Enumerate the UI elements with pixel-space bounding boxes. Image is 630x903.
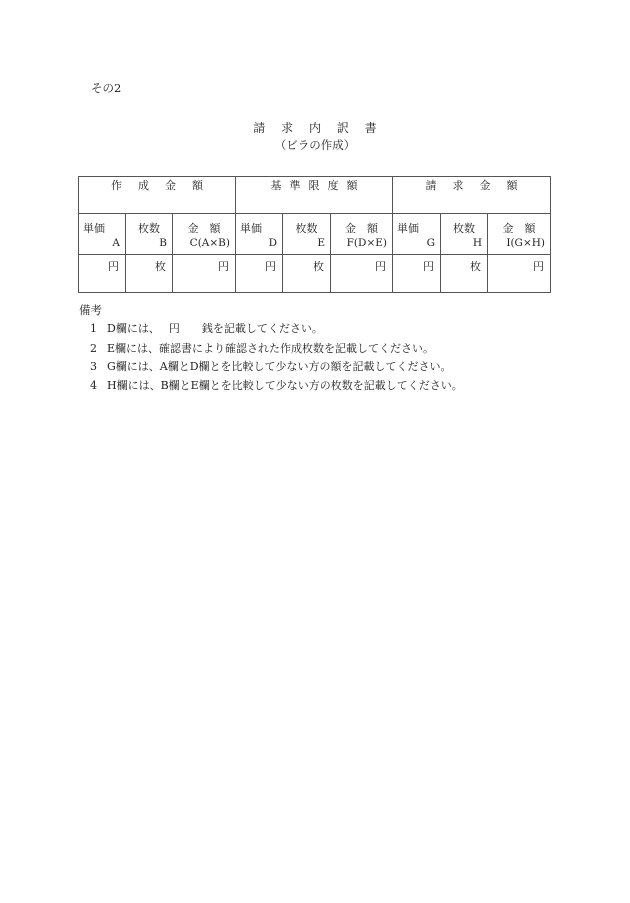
column-header-row: 単価A 枚数B 金 額C(A×B) 単価D 枚数E 金 額F(D×E) 単価G … bbox=[79, 214, 551, 255]
value-cell-c[interactable]: 円 bbox=[173, 255, 236, 293]
group-header-standard-limit: 基準限度額 bbox=[236, 177, 393, 214]
value-cell-h[interactable]: 枚 bbox=[441, 255, 488, 293]
title-char: 訳 bbox=[337, 119, 349, 136]
title-char: 求 bbox=[281, 119, 293, 136]
section-label: その2 bbox=[91, 80, 121, 96]
group-header-row: 作成金額 基準限度額 請求金額 bbox=[79, 177, 551, 214]
note-item: 2E欄には、確認書により確認された作成枚数を記載してください。 bbox=[90, 340, 434, 356]
value-cell-g[interactable]: 円 bbox=[393, 255, 441, 293]
value-cell-d[interactable]: 円 bbox=[236, 255, 283, 293]
title-char: 請 bbox=[253, 119, 265, 136]
notes-heading: 備考 bbox=[79, 302, 102, 318]
col-header-amount-i: 金 額I(G×H) bbox=[488, 214, 551, 255]
note-item: 1D欄には、 円 銭を記載してください。 bbox=[90, 320, 323, 336]
value-row: 円 枚 円 円 枚 円 円 枚 円 bbox=[79, 255, 551, 293]
value-cell-a[interactable]: 円 bbox=[79, 255, 126, 293]
value-cell-b[interactable]: 枚 bbox=[126, 255, 173, 293]
col-header-count-b: 枚数B bbox=[126, 214, 173, 255]
col-header-unit-price-a: 単価A bbox=[79, 214, 126, 255]
note-item: 4H欄には、B欄とE欄とを比較して少ない方の枚数を記載してください。 bbox=[90, 377, 463, 393]
group-header-claim-amount: 請求金額 bbox=[393, 177, 551, 214]
col-header-count-h: 枚数H bbox=[441, 214, 488, 255]
col-header-amount-c: 金 額C(A×B) bbox=[173, 214, 236, 255]
title-char: 内 bbox=[309, 119, 321, 136]
col-header-count-e: 枚数E bbox=[283, 214, 331, 255]
value-cell-e[interactable]: 枚 bbox=[283, 255, 331, 293]
group-header-production-amount: 作成金額 bbox=[79, 177, 236, 214]
title-char: 書 bbox=[365, 119, 377, 136]
value-cell-i[interactable]: 円 bbox=[488, 255, 551, 293]
col-header-unit-price-d: 単価D bbox=[236, 214, 283, 255]
value-cell-f[interactable]: 円 bbox=[331, 255, 393, 293]
document-subtitle: （ビラの作成） bbox=[0, 137, 630, 153]
invoice-breakdown-table: 作成金額 基準限度額 請求金額 単価A 枚数B 金 額C(A×B) 単価D 枚数… bbox=[78, 176, 551, 293]
note-item: 3G欄には、A欄とD欄とを比較して少ない方の額を記載してください。 bbox=[90, 358, 452, 374]
col-header-amount-f: 金 額F(D×E) bbox=[331, 214, 393, 255]
document-title: 請 求 内 訳 書 bbox=[0, 119, 630, 136]
col-header-unit-price-g: 単価G bbox=[393, 214, 441, 255]
